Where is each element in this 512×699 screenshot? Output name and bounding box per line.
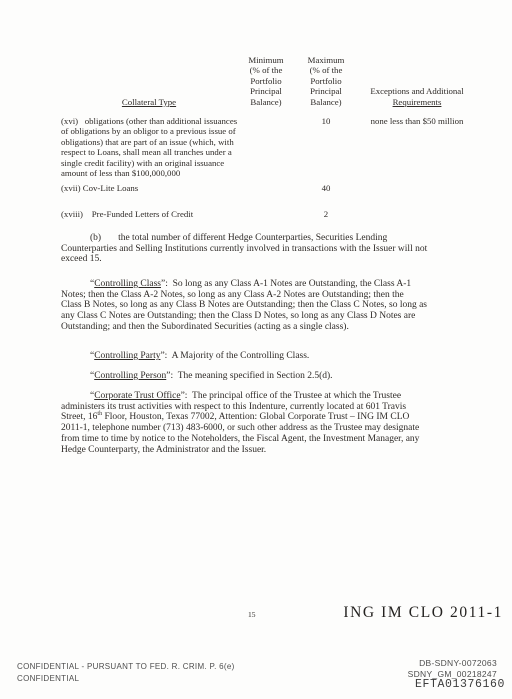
table-row: (xviii) Pre-Funded Letters of Credit 2 [61, 209, 477, 219]
bates-number-3: EFTA01376160 [408, 679, 505, 690]
paragraph-b-text: the total number of different Hedge Coun… [61, 233, 427, 264]
confidential-stamp: CONFIDENTIAL - PURSUANT TO FED. R. CRIM.… [17, 661, 235, 684]
definition-term: Controlling Person [94, 371, 166, 381]
cell-maximum: 2 [295, 209, 357, 219]
paragraph-b: (b)the total number of different Hedge C… [61, 233, 427, 265]
table-row: (xvi) obligations (other than additional… [61, 116, 477, 178]
definition-body: A Majority of the Controlling Class. [172, 351, 310, 361]
definition-controlling-person: “Controlling Person”: The meaning specif… [61, 371, 333, 382]
header-exceptions-line2: Requirements [357, 97, 477, 107]
paragraph-b-label: (b) [90, 233, 101, 243]
bates-number-1: DB-SDNY-0072063 [408, 658, 497, 669]
close-quote: ”: [160, 351, 171, 361]
definition-term: Corporate Trust Office [94, 391, 180, 401]
header-collateral-type-label: Collateral Type [122, 97, 176, 107]
header-minimum: Minimum (% of the Portfolio Principal Ba… [237, 55, 295, 107]
definition-term: Controlling Party [94, 351, 160, 361]
close-quote: ”: [166, 371, 177, 381]
definition-corporate-trust-office: “Corporate Trust Office”: The principal … [61, 391, 419, 455]
close-quote: ”: [161, 279, 173, 289]
definition-term: Controlling Class [94, 279, 161, 289]
cell-collateral-type: (xviii) Pre-Funded Letters of Credit [61, 209, 237, 219]
definition-controlling-party: “Controlling Party”: A Majority of the C… [61, 351, 309, 362]
cell-exceptions: none less than $50 million [357, 116, 477, 126]
header-exceptions-line1: Exceptions and Additional [357, 86, 477, 96]
header-exceptions: Exceptions and Additional Requirements [357, 86, 477, 107]
cell-maximum: 40 [295, 183, 357, 193]
definition-body: The meaning specified in Section 2.5(d). [178, 371, 333, 381]
collateral-table: Collateral Type Minimum (% of the Portfo… [61, 55, 477, 219]
cell-collateral-type: (xvii) Cov-Lite Loans [61, 183, 237, 193]
definition-controlling-class: “Controlling Class”: So long as any Clas… [61, 279, 427, 333]
bates-numbers: DB-SDNY-0072063 SDNY_GM_00218247 EFTA013… [408, 658, 497, 690]
close-quote: ”: [181, 391, 192, 401]
header-maximum: Maximum (% of the Portfolio Principal Ba… [295, 55, 357, 107]
definition-body-part2: Floor, Houston, Texas 77002, Attention: … [61, 412, 419, 454]
table-header-row: Collateral Type Minimum (% of the Portfo… [61, 55, 477, 107]
cell-collateral-type: (xvi) obligations (other than additional… [61, 116, 237, 178]
header-collateral-type: Collateral Type [61, 97, 237, 107]
cell-maximum: 10 [295, 116, 357, 126]
document-page: Collateral Type Minimum (% of the Portfo… [0, 0, 512, 699]
confidential-line1: CONFIDENTIAL - PURSUANT TO FED. R. CRIM.… [17, 661, 235, 673]
deal-name: ING IM CLO 2011-1 [343, 604, 503, 622]
confidential-line2: CONFIDENTIAL [17, 673, 235, 685]
table-row: (xvii) Cov-Lite Loans 40 [61, 183, 477, 193]
page-number: 15 [248, 610, 256, 619]
